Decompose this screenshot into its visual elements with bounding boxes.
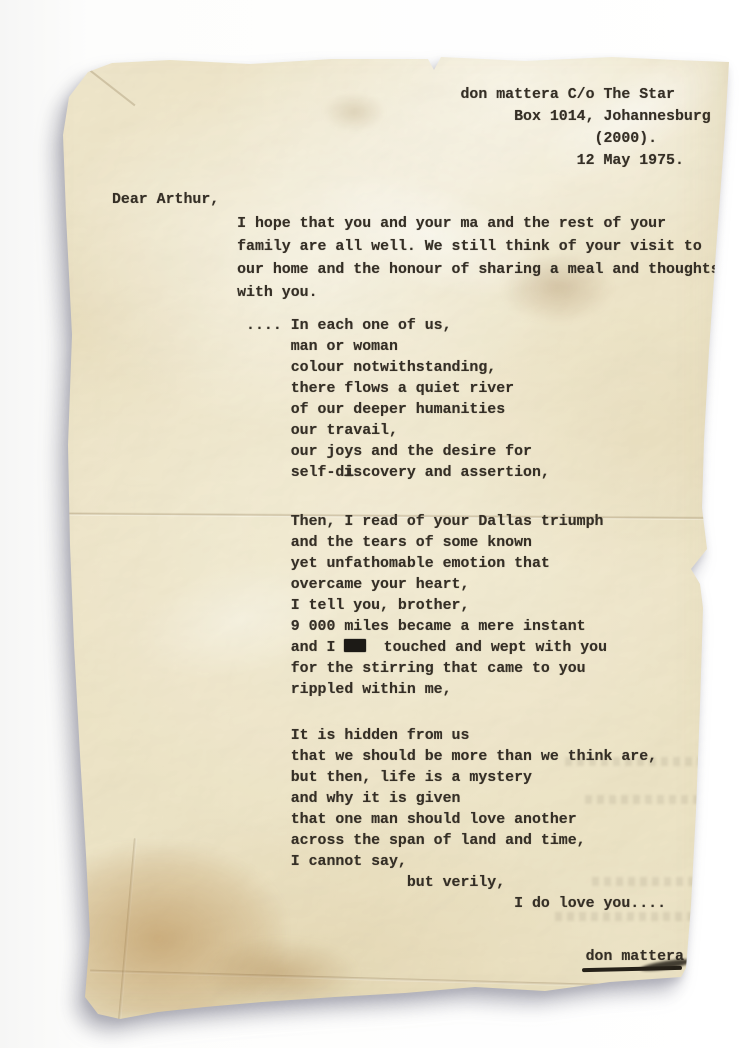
letter-line: and why it is given — [112, 789, 666, 810]
letter-line: of our deeper humanities — [112, 400, 550, 421]
letter-line: I cannot say, — [112, 852, 666, 873]
letter-line: rippled within me, — [112, 680, 607, 701]
letter-line: overcame your heart, — [112, 575, 607, 596]
letter-line: our joys and the desire for — [112, 442, 550, 463]
letter-line: (2000). — [112, 128, 711, 150]
letter-line: but verily, — [112, 873, 666, 894]
letter-line: and the tears of some known — [112, 533, 607, 554]
letter-line: man or woman — [112, 337, 550, 358]
letter-line: Then, I read of your Dallas triumph — [112, 512, 607, 533]
letter-line: I hope that you and your ma and the rest… — [112, 213, 720, 236]
letter-line: I do love you.... — [112, 894, 666, 915]
letter-line: across the span of land and time, — [112, 831, 666, 852]
letter-line: don mattera. — [112, 946, 693, 968]
letter-line: our home and the honour of sharing a mea… — [112, 259, 720, 282]
poem-stanza-3: It is hidden from usthat we should be mo… — [112, 726, 666, 915]
signature: don mattera. — [112, 946, 693, 968]
letter-line: our travail, — [112, 421, 550, 442]
typewritten-letter: don mattera C/o The StarBox 1014, Johann… — [0, 0, 750, 1048]
letter-line: don mattera C/o The Star — [112, 84, 711, 106]
letter-line: 9 000 miles became a mere instant — [112, 617, 607, 638]
letter-line: Box 1014, Johannesburg — [112, 106, 711, 128]
letter-line: colour notwithstanding, — [112, 358, 550, 379]
letter-line: .... In each one of us, — [112, 316, 550, 337]
letter-body-paragraph: I hope that you and your ma and the rest… — [112, 213, 720, 305]
letter-line: family are all well. We still think of y… — [112, 236, 720, 259]
letter-line: that we should be more than we think are… — [112, 747, 666, 768]
letter-line: and I touched and wept with you — [112, 638, 607, 659]
letter-text: and I — [291, 640, 345, 656]
letter-salutation: Dear Arthur, — [112, 189, 219, 211]
letter-header-address: don mattera C/o The StarBox 1014, Johann… — [112, 84, 711, 172]
redaction-mark — [344, 639, 365, 652]
letter-line: yet unfathomable emotion that — [112, 554, 607, 575]
letter-line: self-discovery and assertion, — [112, 463, 550, 484]
letter-text: touched and wept with you — [366, 640, 607, 656]
letter-line: for the stirring that came to you — [112, 659, 607, 680]
letter-paper: don mattera C/o The StarBox 1014, Johann… — [0, 0, 750, 1048]
letter-line: there flows a quiet river — [112, 379, 550, 400]
poem-stanza-1: .... In each one of us,man or womancolou… — [112, 316, 550, 484]
letter-line: Dear Arthur, — [112, 189, 219, 211]
letter-text: self-d — [291, 465, 345, 481]
letter-text: scovery and assertion, — [353, 465, 550, 481]
letter-text: i — [344, 465, 353, 481]
poem-stanza-2: Then, I read of your Dallas triumphand t… — [112, 512, 607, 701]
letter-line: It is hidden from us — [112, 726, 666, 747]
letter-photo: don mattera C/o The StarBox 1014, Johann… — [0, 0, 750, 1048]
letter-line: with you. — [112, 282, 720, 305]
letter-line: 12 May 1975. — [112, 150, 711, 172]
letter-line: but then, life is a mystery — [112, 768, 666, 789]
letter-line: I tell you, brother, — [112, 596, 607, 617]
letter-line: that one man should love another — [112, 810, 666, 831]
